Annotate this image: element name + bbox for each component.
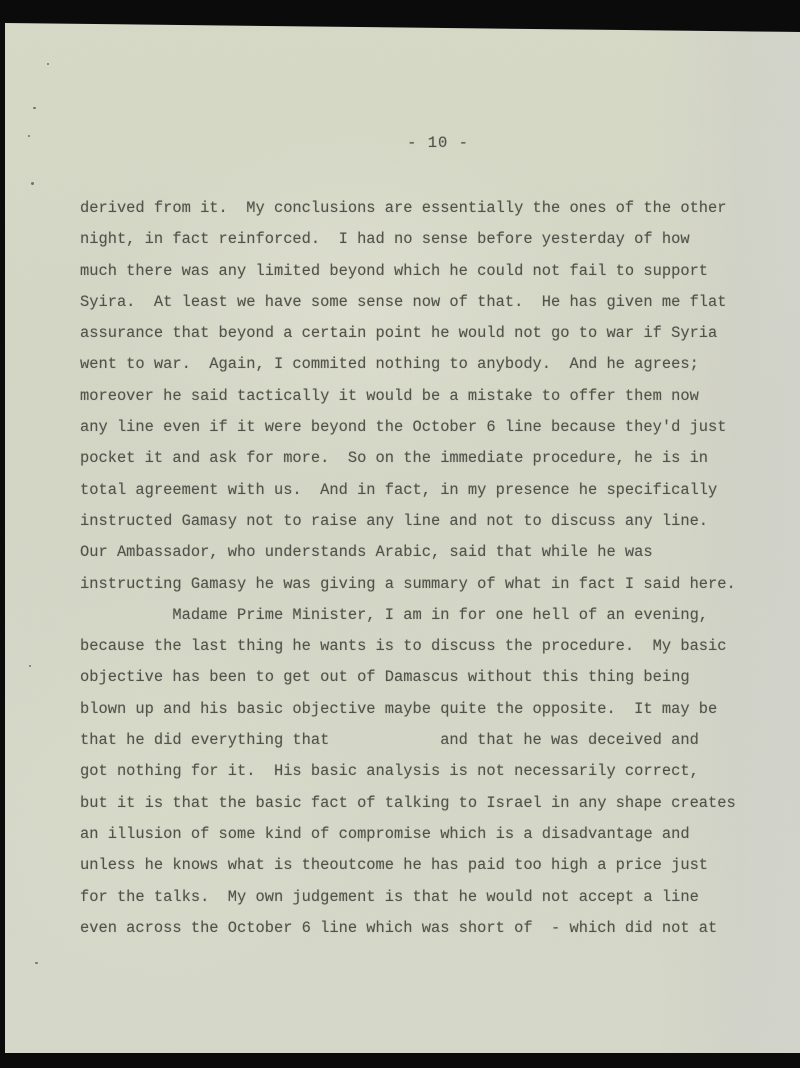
text-line: total agreement with us. And in fact, in… xyxy=(80,475,780,506)
text-line: Syira. At least we have some sense now o… xyxy=(80,287,780,318)
text-line: because the last thing he wants is to di… xyxy=(80,631,780,662)
text-line: blown up and his basic objective maybe q… xyxy=(80,694,780,725)
text-line: any line even if it were beyond the Octo… xyxy=(80,412,780,443)
page-number: - 10 - xyxy=(407,134,469,152)
paper-speck xyxy=(31,182,34,185)
text-line: unless he knows what is theoutcome he ha… xyxy=(80,850,780,881)
text-line: Madame Prime Minister, I am in for one h… xyxy=(80,600,780,631)
text-line: instructed Gamasy not to raise any line … xyxy=(80,506,780,537)
paper-speck xyxy=(47,63,49,65)
scan-background: - 10 - derived from it. My conclusions a… xyxy=(0,0,800,1068)
text-line: Our Ambassador, who understands Arabic, … xyxy=(80,537,780,568)
document-page: - 10 - derived from it. My conclusions a… xyxy=(5,22,800,1053)
text-line: instructing Gamasy he was giving a summa… xyxy=(80,569,780,600)
text-line: objective has been to get out of Damascu… xyxy=(80,662,780,693)
text-line: went to war. Again, I commited nothing t… xyxy=(80,349,780,380)
text-line: night, in fact reinforced. I had no sens… xyxy=(80,224,780,255)
text-line: but it is that the basic fact of talking… xyxy=(80,788,780,819)
paper-speck xyxy=(29,665,31,667)
text-line: moreover he said tactically it would be … xyxy=(80,381,780,412)
text-line: an illusion of some kind of compromise w… xyxy=(80,819,780,850)
paper-speck xyxy=(33,107,36,109)
text-line: assurance that beyond a certain point he… xyxy=(80,318,780,349)
text-line: derived from it. My conclusions are esse… xyxy=(80,193,780,224)
text-line: much there was any limited beyond which … xyxy=(80,256,780,287)
text-line: pocket it and ask for more. So on the im… xyxy=(80,443,780,474)
text-line: even across the October 6 line which was… xyxy=(80,913,780,944)
text-line: for the talks. My own judgement is that … xyxy=(80,882,780,913)
text-line: got nothing for it. His basic analysis i… xyxy=(80,756,780,787)
page-body: derived from it. My conclusions are esse… xyxy=(80,193,780,944)
text-line: that he did everything that and that he … xyxy=(80,725,780,756)
paper-speck xyxy=(35,962,38,964)
paper-speck xyxy=(28,135,30,137)
